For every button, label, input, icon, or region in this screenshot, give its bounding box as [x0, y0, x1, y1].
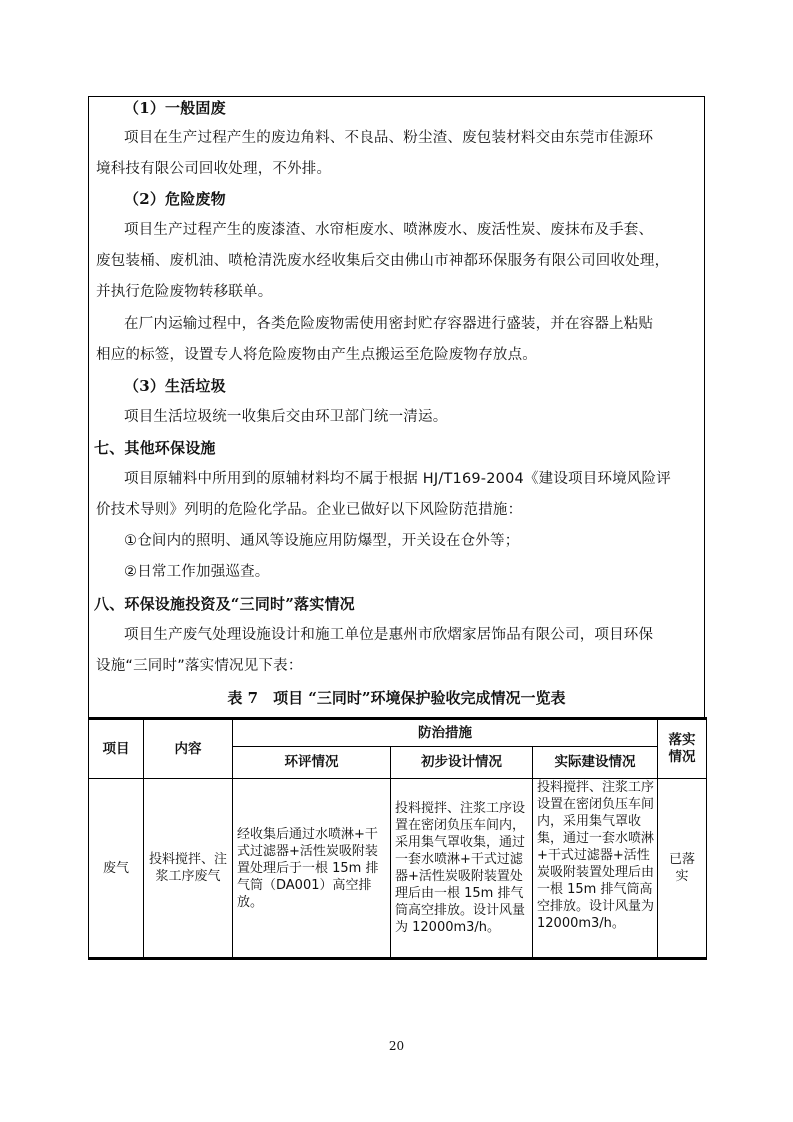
header-status: 落实情况 — [658, 719, 707, 779]
list-item: ②日常工作加强巡查。 — [124, 562, 270, 582]
paragraph-line: 项目生产过程产生的废漆渣、水帘柜废水、喷淋废水、废活性炭、废抹布及手套、 — [124, 220, 653, 240]
cell-prelim: 投料搅拌、注浆工序设置在密闭负压车间内，采用集气罩收集，通过一套水喷淋+干式过滤… — [391, 779, 533, 959]
paragraph-line: 境科技有限公司回收处理，不外排。 — [96, 159, 331, 179]
header-measures: 防治措施 — [233, 719, 658, 747]
paragraph-line: 相应的标签，设置专人将危险废物由产生点搬运至危险废物存放点。 — [96, 345, 537, 365]
paragraph-line: 在厂内运输过程中，各类危险废物需使用密封贮存容器进行盛装，并在容器上粘贴 — [124, 314, 653, 334]
cell-status: 已落实 — [658, 779, 707, 959]
paragraph-line: 并执行危险废物转移联单。 — [96, 282, 272, 302]
paragraph-line: 设施“三同时”落实情况见下表： — [96, 656, 303, 676]
paragraph-line: 项目生活垃圾统一收集后交由环卫部门统一清运。 — [124, 407, 447, 427]
table-caption: 表 7 项目 “三同时”环境保护验收完成情况一览表 — [0, 687, 793, 708]
list-item: ①仓间内的照明、通风等设施应用防爆型，开关设在仓外等； — [124, 531, 519, 551]
page-number: 20 — [0, 1039, 793, 1053]
paragraph-line: 项目原辅料中所用到的原辅材料均不属于根据 HJ/T169-2004《建设项目环境… — [124, 469, 671, 489]
header-eia: 环评情况 — [233, 747, 391, 779]
table-row: 废气 投料搅拌、注浆工序废气 经收集后通过水喷淋+干式过滤器+活性炭吸附装置处理… — [89, 779, 707, 959]
cell-actual: 投料搅拌、注浆工序设置在密闭负压车间内，采用集气罩收集，通过一套水喷淋+干式过滤… — [533, 779, 658, 959]
header-prelim: 初步设计情况 — [391, 747, 533, 779]
paragraph-line: 项目生产废气处理设施设计和施工单位是惠州市欣熠家居饰品有限公司，项目环保 — [124, 625, 653, 645]
paragraph-line: 项目在生产过程产生的废边角料、不良品、粉尘渣、废包装材料交由东莞市佳源环 — [124, 128, 653, 148]
header-content: 内容 — [144, 719, 233, 779]
section-heading-general-solid-waste: （1）一般固废 — [124, 98, 226, 118]
cell-item: 废气 — [89, 779, 144, 959]
header-item: 项目 — [89, 719, 144, 779]
three-simultaneous-table: 项目 内容 防治措施 落实情况 环评情况 初步设计情况 实际建设情况 废气 投料… — [88, 717, 707, 960]
section-heading-investment: 八、环保设施投资及“三同时”落实情况 — [94, 594, 355, 614]
section-heading-domestic-waste: （3）生活垃圾 — [124, 376, 226, 396]
section-heading-hazardous-waste: （2）危险废物 — [124, 189, 226, 209]
header-actual: 实际建设情况 — [533, 747, 658, 779]
cell-content: 投料搅拌、注浆工序废气 — [144, 779, 233, 959]
section-heading-other-facilities: 七、其他环保设施 — [94, 438, 216, 458]
cell-eia: 经收集后通过水喷淋+干式过滤器+活性炭吸附装置处理后于一根 15m 排气筒（DA… — [233, 779, 391, 959]
paragraph-line: 价技术导则》列明的危险化学品。企业已做好以下风险防范措施： — [96, 500, 522, 520]
paragraph-line: 废包装桶、废机油、喷枪清洗废水经收集后交由佛山市神都环保服务有限公司回收处理， — [96, 251, 669, 271]
